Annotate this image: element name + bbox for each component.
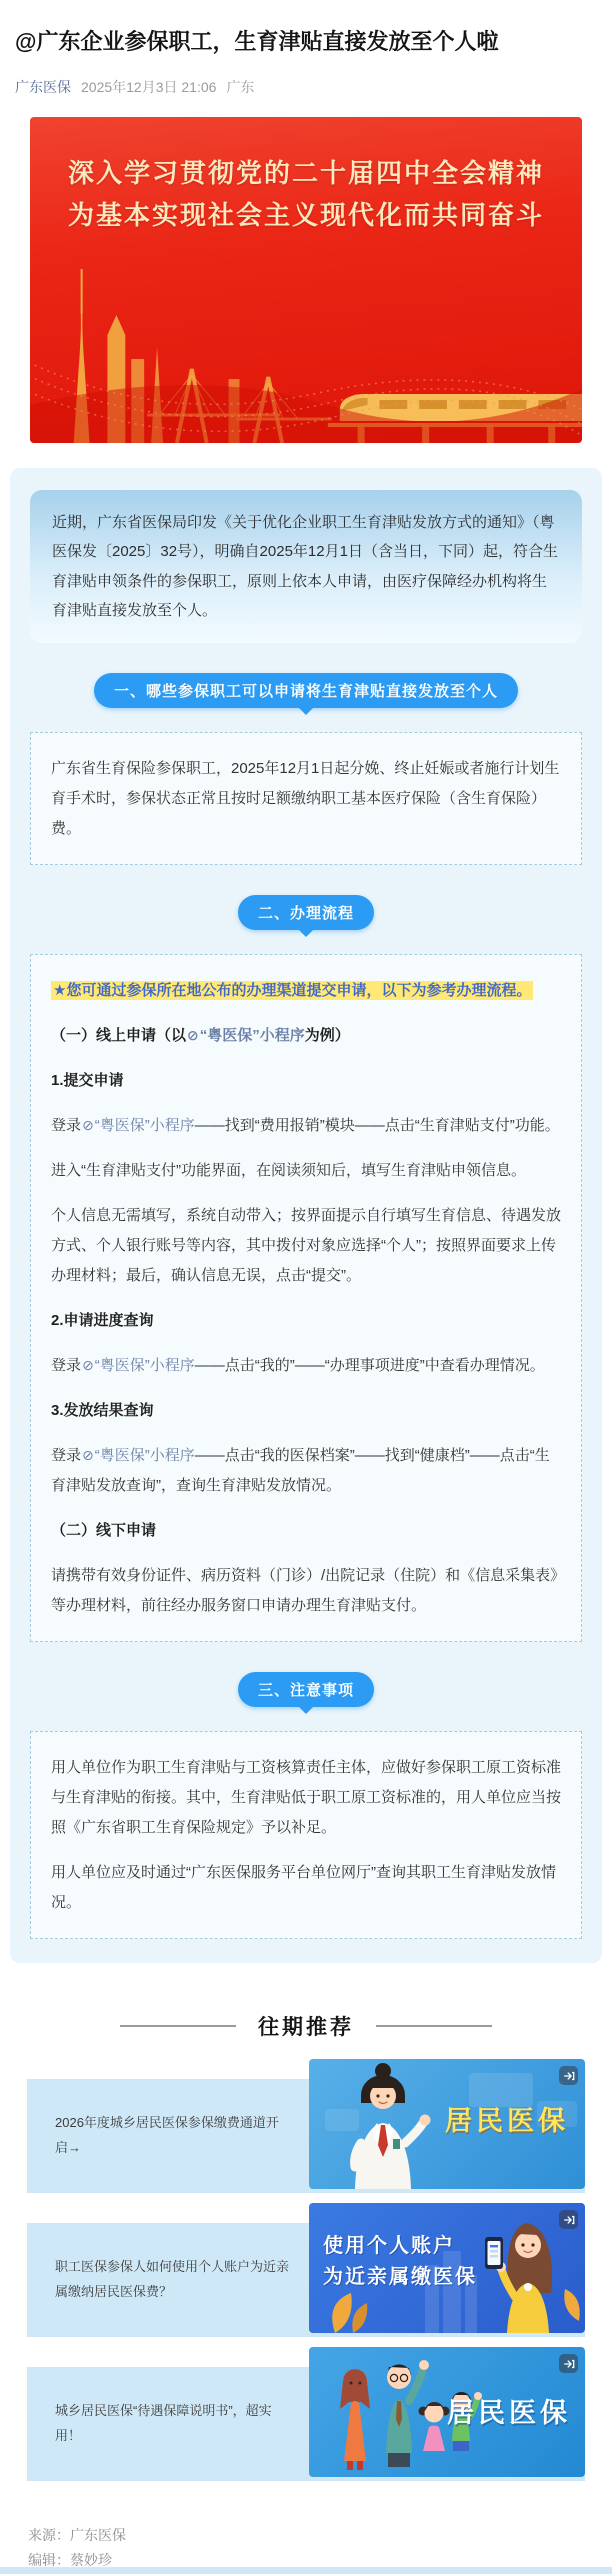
recommendations-header: 往期推荐 — [0, 2011, 612, 2041]
card-3-thumbnail[interactable]: 居民医保 — [309, 2347, 585, 2477]
mini-program-link[interactable]: “粤医保”小程序 — [95, 1117, 195, 1134]
next-section-edge — [0, 2567, 612, 2574]
section-2-heading: 二、办理流程 — [258, 905, 354, 922]
notice-para-2: 用人单位应及时通过“广东医保服务平台单位网厅”查询其职工生育津贴发放情况。 — [51, 1858, 561, 1918]
highlight-text: ★您可通过参保所在地公布的办理渠道提交申请，以下为参考办理流程。 — [51, 981, 533, 1000]
notice-para-1: 用人单位作为职工生育津贴与工资核算责任主体，应做好参保职工原工资标准与生育津贴的… — [51, 1753, 561, 1843]
open-article-icon[interactable] — [559, 2210, 578, 2229]
step-1-title: 1.提交申请 — [51, 1066, 561, 1096]
step-2-pre: 登录 — [51, 1357, 81, 1374]
byline: 广东医保 2025年12月3日 21:06 广东 — [0, 77, 612, 107]
section-3-heading: 三、注意事项 — [258, 1682, 354, 1699]
offline-apply-heading: （二）线下申请 — [51, 1516, 561, 1546]
step-1-post: ——找到“费用报销”模块——点击“生育津贴支付”功能。 — [195, 1117, 560, 1134]
section-2-heading-pill: 二、办理流程 — [238, 895, 374, 930]
step-3-instructions: 登录⊘“粤医保”小程序——点击“我的医保档案”——找到“健康档”——点击“生育津… — [51, 1441, 561, 1501]
step-1-instructions: 登录⊘“粤医保”小程序——找到“费用报销”模块——点击“生育津贴支付”功能。 — [51, 1111, 561, 1141]
mini-program-link-icon: ⊘ — [81, 1117, 95, 1133]
step-3-pre: 登录 — [51, 1447, 81, 1464]
process-highlight-note: ★您可通过参保所在地公布的办理渠道提交申请，以下为参考办理流程。 — [51, 976, 561, 1006]
open-article-icon[interactable] — [559, 2066, 578, 2085]
section-3-heading-pill: 三、注意事项 — [238, 1672, 374, 1707]
article-body-panel: 近期，广东省医保局印发《关于优化企业职工生育津贴发放方式的通知》（粤医保发〔20… — [10, 468, 602, 1963]
mini-program-link-icon: ⊘ — [81, 1357, 95, 1373]
card-2-image-caption: 使用个人账户 为近亲属缴医保 — [323, 2231, 477, 2293]
card-3-title: 城乡居民医保“待遇保障说明书”，超实用！ — [55, 2399, 289, 2448]
card-1-image-caption: 居民医保 — [445, 2099, 569, 2138]
card-3-image-caption: 居民医保 — [447, 2391, 571, 2430]
card-2-title: 职工医保参保人如何使用个人账户为近亲属缴纳居民医保费？ — [55, 2255, 289, 2304]
mini-program-link-icon: ⊘ — [81, 1447, 95, 1463]
banner-slogan-line1: 深入学习贯彻党的二十届四中全会精神 — [30, 153, 582, 195]
banner-slogan: 深入学习贯彻党的二十届四中全会精神 为基本实现社会主义现代化而共同奋斗 — [30, 153, 582, 236]
step-1-para-2: 个人信息无需填写，系统自动带入；按界面提示自行填写生育信息、待遇发放方式、个人银… — [51, 1201, 561, 1291]
mini-program-link-icon: ⊘ — [186, 1027, 200, 1043]
step-3-title: 3.发放结果查询 — [51, 1396, 561, 1426]
section-2-content-box: ★您可通过参保所在地公布的办理渠道提交申请，以下为参考办理流程。 （一）线上申请… — [30, 954, 582, 1642]
source-credit: 来源：广东医保 — [28, 2523, 584, 2548]
intro-text: 近期，广东省医保局印发《关于优化企业职工生育津贴发放方式的通知》（粤医保发〔20… — [52, 514, 558, 619]
step-2-post: ——点击“我的”——“办理事项进度”中查看办理情况。 — [195, 1357, 545, 1374]
mini-program-link[interactable]: “粤医保”小程序 — [95, 1447, 195, 1464]
card-2-thumbnail[interactable]: 使用个人账户 为近亲属缴医保 — [309, 2203, 585, 2333]
publish-date: 2025年12月3日 21:06 — [81, 77, 216, 97]
divider-line-right — [376, 2025, 492, 2027]
card-1-thumbnail[interactable]: 居民医保 — [309, 2059, 585, 2189]
section-3-content-box: 用人单位作为职工生育津贴与工资核算责任主体，应做好参保职工原工资标准与生育津贴的… — [30, 1731, 582, 1939]
recommendations-title: 往期推荐 — [258, 2011, 354, 2041]
recommended-article-card-1[interactable]: 2026年度城乡居民医保参保缴费通道开启→ 居民医保 — [27, 2079, 585, 2193]
section-1-body: 广东省生育保险参保职工，2025年12月1日起分娩、终止妊娠或者施行计划生育手术… — [51, 754, 561, 844]
page-title: @广东企业参保职工，生育津贴直接发放至个人啦 — [0, 15, 612, 63]
city-skyline-train-illustration — [30, 253, 582, 443]
online-heading-post: 为例） — [305, 1027, 350, 1044]
card-1-title: 2026年度城乡居民医保参保缴费通道开启→ — [55, 2111, 289, 2160]
open-article-icon[interactable] — [559, 2354, 578, 2373]
divider-line-left — [120, 2025, 236, 2027]
hero-banner-image: 深入学习贯彻党的二十届四中全会精神 为基本实现社会主义现代化而共同奋斗 — [30, 117, 582, 443]
recommended-article-card-2[interactable]: 职工医保参保人如何使用个人账户为近亲属缴纳居民医保费？ — [27, 2223, 585, 2337]
offline-apply-body: 请携带有效身份证件、病历资料（门诊）/出院记录（住院）和《信息采集表》等办理材料… — [51, 1561, 561, 1621]
publish-region: 广东 — [226, 77, 254, 97]
account-name-link[interactable]: 广东医保 — [15, 77, 71, 97]
intro-notice-box: 近期，广东省医保局印发《关于优化企业职工生育津贴发放方式的通知》（粤医保发〔20… — [30, 490, 582, 643]
card-2-caption-line2: 为近亲属缴医保 — [323, 2266, 477, 2288]
mini-program-link[interactable]: “粤医保”小程序 — [95, 1357, 195, 1374]
banner-slogan-line2: 为基本实现社会主义现代化而共同奋斗 — [30, 195, 582, 237]
step-2-instructions: 登录⊘“粤医保”小程序——点击“我的”——“办理事项进度”中查看办理情况。 — [51, 1351, 561, 1381]
section-1-heading-pill: 一、哪些参保职工可以申请将生育津贴直接发放至个人 — [94, 673, 518, 708]
online-heading-pre: （一）线上申请（以 — [51, 1027, 186, 1044]
card-2-caption-line1: 使用个人账户 — [323, 2235, 455, 2257]
step-1-para-1: 进入“生育津贴支付”功能界面，在阅读须知后，填写生育津贴申领信息。 — [51, 1156, 561, 1186]
recommended-article-card-3[interactable]: 城乡居民医保“待遇保障说明书”，超实用！ — [27, 2367, 585, 2481]
step-1-pre: 登录 — [51, 1117, 81, 1134]
section-1-content-box: 广东省生育保险参保职工，2025年12月1日起分娩、终止妊娠或者施行计划生育手术… — [30, 732, 582, 865]
section-1-heading: 一、哪些参保职工可以申请将生育津贴直接发放至个人 — [114, 683, 498, 700]
mini-program-link[interactable]: “粤医保”小程序 — [200, 1027, 305, 1044]
online-apply-heading: （一）线上申请（以⊘“粤医保”小程序为例） — [51, 1021, 561, 1051]
step-2-title: 2.申请进度查询 — [51, 1306, 561, 1336]
